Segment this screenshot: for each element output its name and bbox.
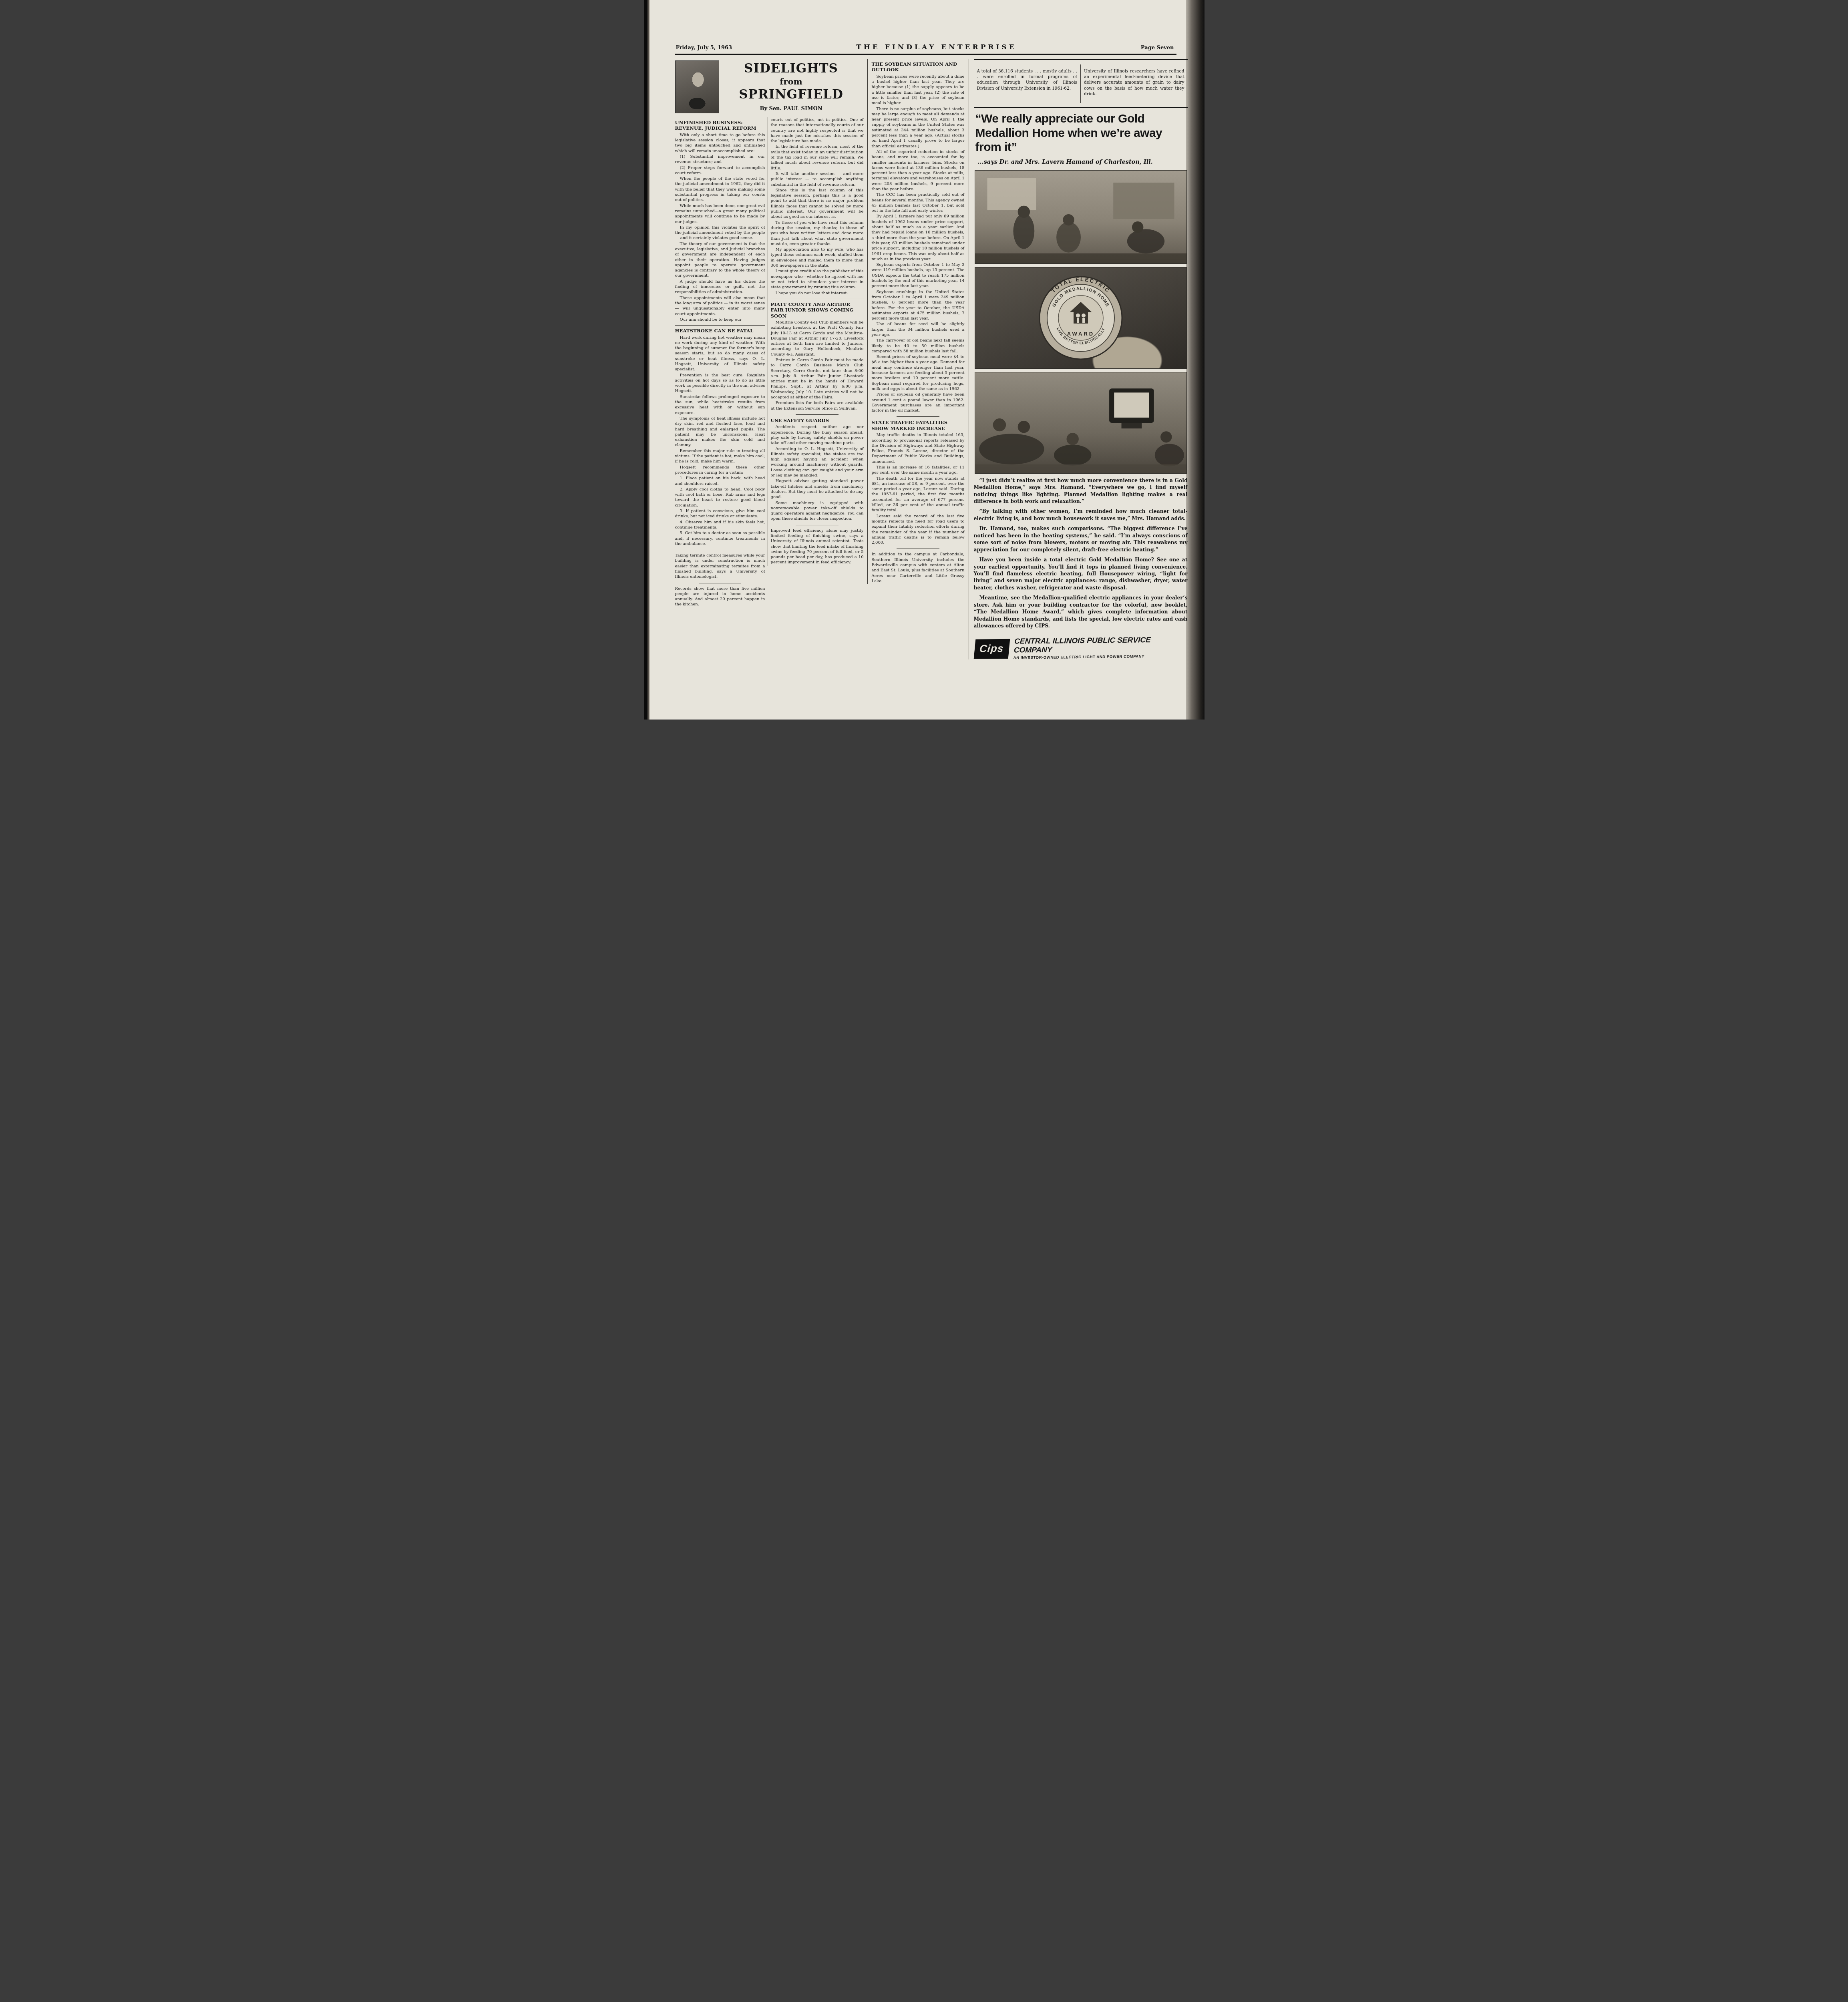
ad-attribution: ...says Dr. and Mrs. Lavern Hamand of Ch… <box>978 159 1186 165</box>
paragraph: 2. Apply cool cloths to head. Cool body … <box>675 487 765 508</box>
paragraph: Prices of soybean oil generally have bee… <box>872 392 965 413</box>
article-body: Hard work during hot weather may mean no… <box>675 335 765 547</box>
header-rule <box>675 54 1176 55</box>
cips-logo-row: Cips CENTRAL ILLINOIS PUBLIC SERVICE COM… <box>974 635 1187 661</box>
paragraph: 5. Get him to a doctor as soon as possib… <box>675 531 765 547</box>
paragraph: There is no surplus of soybeans, but sto… <box>872 107 965 149</box>
ad-photo-medallion-hand: TOTAL ELECTRIC GOLD MEDALLION HOME LIVE … <box>975 267 1187 369</box>
children-photo-art <box>975 171 1186 263</box>
sidelights-masthead: SIDELIGHTS from SPRINGFIELD By Sen. PAUL… <box>675 60 863 113</box>
paragraph: Soybean exports from October 1 to May 3 … <box>872 262 965 289</box>
paragraph: 4. Observe him and if his skin feels hot… <box>675 520 765 531</box>
section-rule <box>771 299 864 299</box>
cips-abbr: Cips <box>979 642 1004 655</box>
cips-logo: Cips <box>973 639 1010 659</box>
issue-date: Friday, July 5, 1963 <box>676 45 732 51</box>
article-body: Accidents respect neither age nor experi… <box>771 424 864 521</box>
paragraph: Soybean crushings in the United States f… <box>872 289 965 322</box>
paragraph: My appreciation also to my wife, who has… <box>771 247 864 268</box>
blurb-extension-students: A total of 36,116 students . . . mostly … <box>974 64 1081 103</box>
medallion-award-text: AWARD <box>1067 331 1094 337</box>
paragraph: A judge should have as his duties the fi… <box>675 279 765 295</box>
paragraph: Soybean prices were recently about a dim… <box>872 74 965 106</box>
column-4: A total of 36,116 students . . . mostly … <box>969 59 1188 659</box>
section-rule <box>675 325 765 326</box>
paragraph: The symptoms of heat illness include hot… <box>675 416 765 448</box>
paragraph: Meantime, see the Medallion-qualified el… <box>974 594 1188 629</box>
column-grid: SIDELIGHTS from SPRINGFIELD By Sen. PAUL… <box>675 59 1176 659</box>
paragraph: Have you been inside a total electric Go… <box>974 556 1188 591</box>
article-heading-unfinished-business: UNFINISHED BUSINESS: REVENUE, JUDICIAL R… <box>675 120 765 131</box>
paragraph: courts out of politics, not in politics.… <box>771 117 864 144</box>
paragraph: These appointments will also mean that t… <box>675 295 765 317</box>
page-content: Friday, July 5, 1963 THE FINDLAY ENTERPR… <box>644 0 1205 720</box>
blurb-feed-metering: University of Illinois researchers have … <box>1080 64 1188 103</box>
paragraph: 3. If patient is conscious, give him coo… <box>675 509 765 519</box>
paragraph: The carryover of old beans next fall see… <box>872 338 965 354</box>
paragraph: (2) Proper steps forward to accomplish c… <box>675 165 765 176</box>
page-header: Friday, July 5, 1963 THE FINDLAY ENTERPR… <box>675 43 1176 54</box>
paragraph: All of the reported reduction in stocks … <box>872 149 965 192</box>
news-blurbs: A total of 36,116 students . . . mostly … <box>974 59 1188 108</box>
paragraph: I must give credit also the publisher of… <box>771 269 864 290</box>
paragraph: Moultrie County 4-H Club members will be… <box>771 320 864 357</box>
cips-text-block: CENTRAL ILLINOIS PUBLIC SERVICE COMPANY … <box>1013 635 1187 660</box>
paragraph: By April 1 farmers had put only 69 milli… <box>872 214 965 262</box>
paragraph: Recent prices of soybean meal were $4 to… <box>872 354 965 392</box>
article-heading-piatt-fair: PIATT COUNTY AND ARTHUR FAIR JUNIOR SHOW… <box>771 302 864 319</box>
paragraph: The death toll for the year now stands a… <box>872 476 965 513</box>
sidelights-titles: SIDELIGHTS from SPRINGFIELD By Sen. PAUL… <box>719 60 863 113</box>
paragraph: In my opinion this violates the spirit o… <box>675 225 765 241</box>
sidelights-section: SIDELIGHTS from SPRINGFIELD By Sen. PAUL… <box>675 59 863 608</box>
gold-medallion-ad: “We really appreciate our Gold Medallion… <box>974 112 1188 659</box>
filler-termite: Taking termite control measures while yo… <box>675 553 765 579</box>
paragraph: Records show that more than five million… <box>675 586 765 607</box>
filler-divider <box>796 525 839 525</box>
filler-divider <box>897 416 939 417</box>
living-room-photo-art <box>975 372 1186 473</box>
article-heading-safety-guards: USE SAFETY GUARDS <box>771 418 864 423</box>
paragraph: In the field of revenue reform, most of … <box>771 144 864 171</box>
paragraph: Taking termite control measures while yo… <box>675 553 765 579</box>
paragraph: Hard work during hot weather may mean no… <box>675 335 765 372</box>
paragraph: “By talking with other women, I’m remind… <box>974 508 1188 522</box>
ad-photo-children <box>975 170 1187 264</box>
filler-divider <box>699 583 741 583</box>
article-body: Moultrie County 4-H Club members will be… <box>771 320 864 411</box>
article-body-continued: courts out of politics, not in politics.… <box>771 117 864 296</box>
paragraph: With only a short time to go before this… <box>675 133 765 154</box>
ad-body-copy: “I just didn’t realize at first how much… <box>974 477 1188 629</box>
paragraph: Sunstroke follows prolonged exposure to … <box>675 394 765 416</box>
paragraph: To those of you who have read this colum… <box>771 220 864 247</box>
paragraph: Our aim should be to keep our <box>675 317 765 322</box>
paragraph: While much has been done, one great evil… <box>675 203 765 225</box>
sidelights-title-line: SIDELIGHTS <box>719 61 863 76</box>
paragraph: Accidents respect neither age nor experi… <box>771 424 864 446</box>
paragraph: It will take another session — and more … <box>771 171 864 187</box>
paragraph: “I just didn’t realize at first how much… <box>974 477 1188 505</box>
paragraph: Improved feed efficiency alone may justi… <box>771 528 864 565</box>
article-body: Soybean prices were recently about a dim… <box>872 74 965 414</box>
filler-divider <box>699 550 741 550</box>
paragraph: Entries in Cerro Gordo Fair must be made… <box>771 358 864 400</box>
sidelights-columns: UNFINISHED BUSINESS: REVENUE, JUDICIAL R… <box>675 117 863 608</box>
filler-divider <box>897 549 939 549</box>
paragraph: Prevention is the best cure. Regulate ac… <box>675 373 765 394</box>
paragraph: 1. Place patient on his back, with head … <box>675 476 765 486</box>
paragraph: Remember this major rule in treating all… <box>675 448 765 464</box>
paragraph: (1) Substantial improvement in our reven… <box>675 154 765 165</box>
column-3: THE SOYBEAN SITUATION AND OUTLOOK Soybea… <box>867 59 965 584</box>
page-number: Page Seven <box>1141 45 1174 51</box>
ad-headline: “We really appreciate our Gold Medallion… <box>975 112 1186 154</box>
article-heading-soybean: THE SOYBEAN SITUATION AND OUTLOOK <box>872 61 965 73</box>
sidelights-title-line: SPRINGFIELD <box>719 87 863 102</box>
paragraph: According to O. L. Hogsett, University o… <box>771 446 864 478</box>
filler-divider <box>796 414 839 415</box>
paragraph: Hogsett recommends these other procedure… <box>675 465 765 476</box>
paragraph: Dr. Hamand, too, makes such comparisons.… <box>974 525 1188 553</box>
filler-siu-campus: In addition to the campus at Carbondale,… <box>872 552 965 584</box>
paragraph: The CCC has been practically sold out of… <box>872 192 965 213</box>
cips-company-name: CENTRAL ILLINOIS PUBLIC SERVICE COMPANY <box>1013 635 1187 655</box>
paul-simon-photo <box>675 60 719 113</box>
filler-feed-efficiency: Improved feed efficiency alone may justi… <box>771 528 864 565</box>
paragraph: In addition to the campus at Carbondale,… <box>872 552 965 584</box>
paragraph: Use of beans for seed will be slightly l… <box>872 322 965 338</box>
column-2: courts out of politics, not in politics.… <box>768 117 864 566</box>
sidelights-title-line: from <box>719 76 863 86</box>
column-1: UNFINISHED BUSINESS: REVENUE, JUDICIAL R… <box>675 117 765 608</box>
paragraph: Some machinery is equipped with nonremov… <box>771 500 864 522</box>
cips-tagline: AN INVESTOR-OWNED ELECTRIC LIGHT AND POW… <box>1013 654 1186 660</box>
newspaper-title: THE FINDLAY ENTERPRISE <box>856 43 1017 51</box>
article-heading-heatstroke: HEATSTROKE CAN BE FATAL <box>675 328 765 334</box>
paragraph: Since this is the last column of this le… <box>771 188 864 220</box>
article-heading-traffic-fatalities: STATE TRAFFIC FATALITIES SHOW MARKED INC… <box>872 420 965 431</box>
paragraph: I hope you do not lose that interest. <box>771 291 864 296</box>
paragraph: Lorenz said the record of the last five … <box>872 514 965 546</box>
newspaper-page: Friday, July 5, 1963 THE FINDLAY ENTERPR… <box>644 0 1205 720</box>
paragraph: This is an increase of 16 fatalities, or… <box>872 465 965 476</box>
article-body: With only a short time to go before this… <box>675 133 765 322</box>
ad-photo-living-room <box>975 372 1187 474</box>
filler-home-accidents: Records show that more than five million… <box>675 586 765 607</box>
paragraph: May traffic deaths in Illinois totaled 1… <box>872 432 965 464</box>
gold-medallion-icon: TOTAL ELECTRIC GOLD MEDALLION HOME LIVE … <box>1038 275 1123 360</box>
sidelights-byline: By Sen. PAUL SIMON <box>719 106 863 112</box>
paragraph: Hogsett advises getting standard power t… <box>771 478 864 500</box>
paragraph: The theory of our government is that the… <box>675 241 765 279</box>
paragraph: When the people of the state voted for t… <box>675 176 765 203</box>
paragraph: Premium lists for both Fairs are availab… <box>771 400 864 411</box>
article-body: May traffic deaths in Illinois totaled 1… <box>872 432 965 545</box>
